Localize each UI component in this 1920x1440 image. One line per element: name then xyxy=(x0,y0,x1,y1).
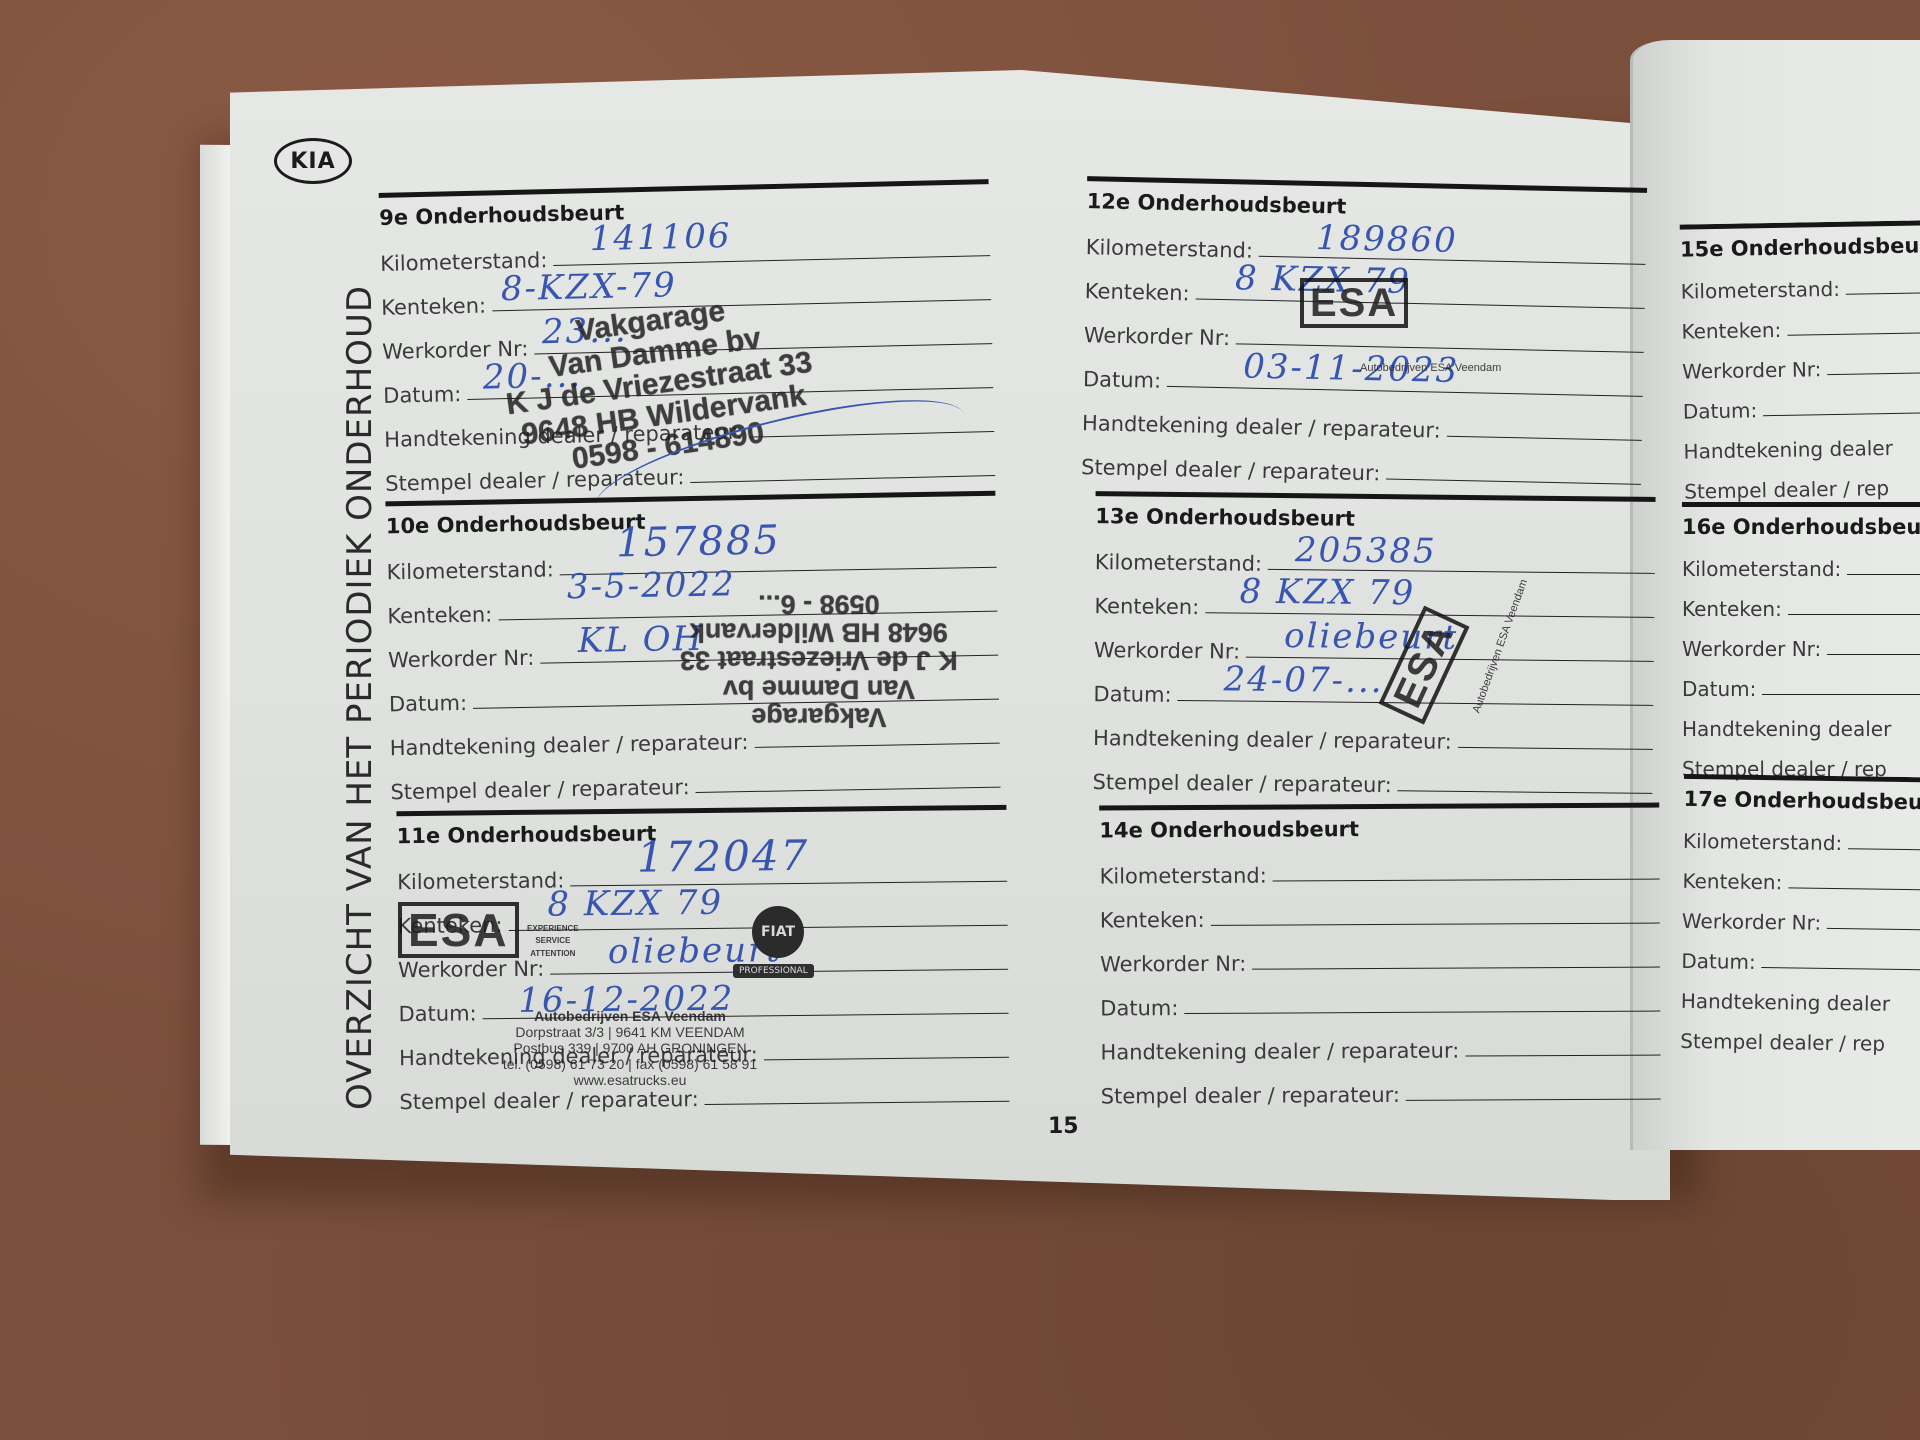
kia-logo: KIA xyxy=(274,138,352,184)
service-entry-12: 12e Onderhoudsbeurt Kilometerstand:18986… xyxy=(1081,176,1647,491)
stamp-field[interactable]: Stempel dealer / reparateur: xyxy=(1101,1062,1661,1109)
km-value: 141106 xyxy=(589,216,732,259)
esa-address-stamp-12: Autobedrijven ESA Veendam xyxy=(1360,362,1501,375)
stamp-field[interactable]: Stempel dealer / reparateur: xyxy=(1092,750,1652,800)
plate-field[interactable]: Kenteken: xyxy=(1100,886,1660,933)
plate-value: 8-KZX-79 xyxy=(500,265,677,309)
km-value: 172047 xyxy=(637,831,810,882)
km-value: 157885 xyxy=(616,517,781,566)
km-value: 189860 xyxy=(1316,218,1459,261)
km-value: 205385 xyxy=(1295,530,1437,571)
esa-stamp-12: ESA xyxy=(1300,278,1408,328)
service-entry-13: 13e Onderhoudsbeurt Kilometerstand:20538… xyxy=(1092,491,1655,800)
date-field[interactable]: Datum:24-07-... xyxy=(1093,662,1653,712)
esa-stamp-11: ESA EXPERIENCE SERVICE ATTENTION xyxy=(398,902,579,961)
section-title: 14e Onderhoudsbeurt xyxy=(1099,816,1659,843)
service-entry-17: 17e Onderhoudsbeu Kilometerstand: Kentek… xyxy=(1680,774,1920,1057)
esa-address-stamp: Autobedrijven ESA Veendam Dorpstraat 3/3… xyxy=(480,1008,780,1088)
service-entry-16: 16e Onderhoudsbeu Kilometerstand: Kentek… xyxy=(1682,502,1920,781)
fiat-professional-label: PROFESSIONAL xyxy=(733,964,814,978)
signature-field[interactable]: Handtekening dealer / reparateur: xyxy=(1093,706,1653,756)
order-field[interactable]: Werkorder Nr: xyxy=(1100,930,1660,977)
service-entry-14: 14e Onderhoudsbeurt Kilometerstand: Kent… xyxy=(1099,803,1661,1109)
plate-value: 8 KZX 79 xyxy=(1239,572,1415,614)
signature-field[interactable]: Handtekening dealer / reparateur: xyxy=(1100,1018,1660,1065)
section-title: 13e Onderhoudsbeurt xyxy=(1095,504,1655,534)
page-number: 15 xyxy=(1048,1114,1079,1139)
fiat-badge: FIAT xyxy=(752,906,804,958)
date-field[interactable]: Datum: xyxy=(1100,974,1660,1021)
dealer-stamp-upside-down: Vakgarage Van Damme bv K J de Vriezestra… xyxy=(680,590,958,732)
km-field[interactable]: Kilometerstand: xyxy=(1099,842,1659,889)
service-entry-15: 15e Onderhoudsbeu Kilometerstand: Kentek… xyxy=(1680,219,1920,503)
date-value: 24-07-... xyxy=(1223,659,1383,701)
vertical-title: OVERZICHT VAN HET PERIODIEK ONDERHOUD xyxy=(340,285,380,1110)
esa-logo: ESA xyxy=(398,902,519,958)
